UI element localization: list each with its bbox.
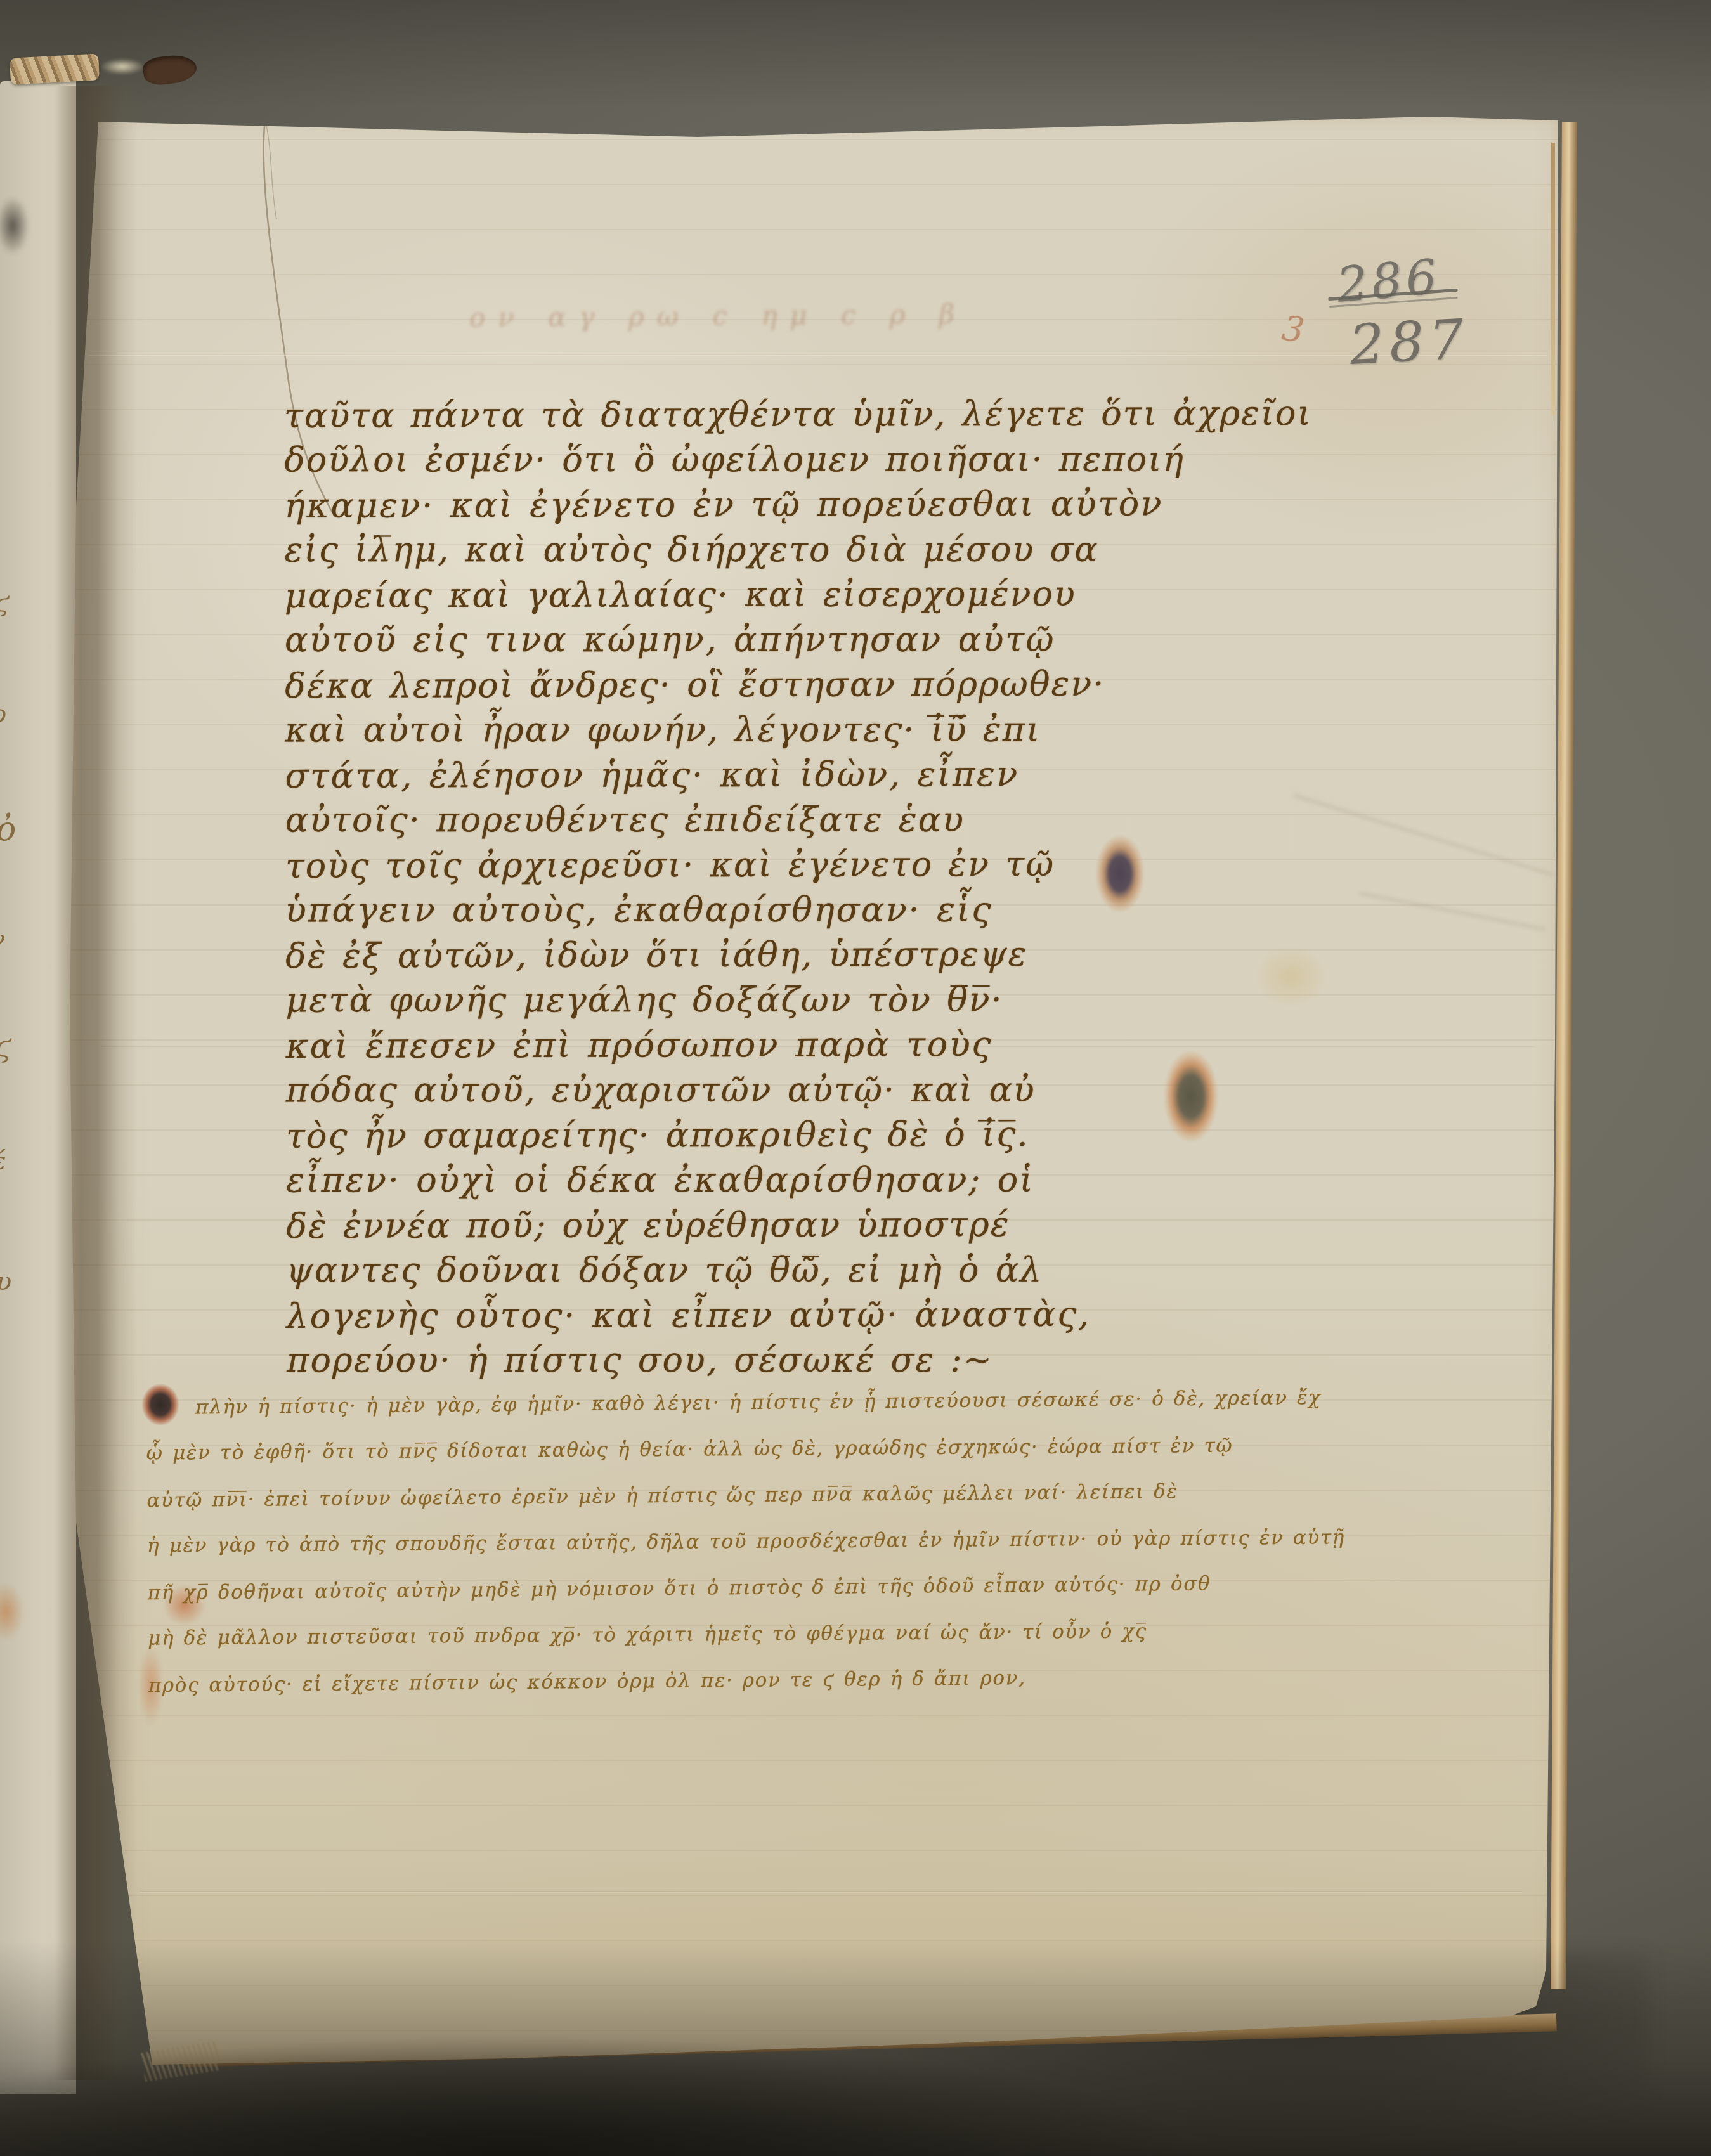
gospel-line: ὑπάγειν αὐτοὺς, ἐκαθαρίσθησαν· εἷς: [285, 887, 1249, 933]
commentary-text-block: πλὴν ἡ πίστις· ἡ μὲν γὰρ, ἐφ ἡμῖν· καθὸ …: [146, 1375, 1341, 1709]
gospel-line: καὶ αὐτοὶ ἦραν φωνήν, λέγοντες· ἰ̅ῦ̅ ἐπι: [285, 707, 1249, 753]
facing-page-sliver: ϛρὀνϛέυ: [0, 81, 76, 2094]
quire-mark: 3: [1279, 308, 1307, 351]
wrinkle: [1358, 892, 1545, 930]
ink-trace: ϛ: [0, 1029, 11, 1063]
gospel-line: αὐτοῖς· πορευθέντες ἐπιδείξατε ἑαυ: [285, 797, 1249, 843]
ink-trace: έ: [0, 1146, 6, 1176]
gospel-line: πόδας αὐτοῦ, εὐχαριστῶν αὐτῷ· καὶ αὐ: [286, 1067, 1250, 1113]
gospel-line: αὐτοῦ εἰς τινα κώμην, ἀπήντησαν αὐτῷ: [285, 617, 1249, 663]
gospel-line: ταῦτα πάντα τὰ διαταχθέντα ὑμῖν, λέγετε …: [284, 391, 1248, 438]
manuscript-photo: { "colors": { "background_gray": "#6e6c6…: [0, 0, 1711, 2156]
ink-trace: ρ: [0, 699, 6, 729]
manuscript-page: ον αγ ρω ϲ ημ ϲ ρ β 3 286 287 ταῦτα πάντ…: [63, 95, 1573, 2080]
endband: [10, 53, 100, 84]
gospel-line: ήκαμεν· καὶ ἐγένετο ἐν τῷ πορεύεσθαι αὐτ…: [284, 481, 1248, 528]
commentary-line: πρὸς αὐτούς· εἰ εἴχετε πίστιν ὡς κόκκον …: [148, 1653, 1341, 1709]
commentary-line: ἡ μὲν γὰρ τὸ ἀπὸ τῆς σπουδῆς ἔσται αὐτῆς…: [147, 1514, 1339, 1569]
gospel-line: τὸς ἦν σαμαρείτης· ἀποκριθεὶς δὲ ὁ ἰ̅ς̅.: [286, 1111, 1250, 1159]
fold-crease: [140, 1891, 1522, 1893]
graphite-smudge: [0, 197, 29, 255]
endband-tuft: [100, 58, 145, 75]
gospel-line: δὲ ἐξ αὐτῶν, ἰδὼν ὅτι ἰάθη, ὑπέστρεψε: [285, 931, 1249, 978]
gospel-line: καὶ ἔπεσεν ἐπὶ πρόσωπον παρὰ τοὺς: [286, 1021, 1250, 1068]
ink-trace: υ: [0, 1267, 11, 1296]
ink-trace: ϛ: [0, 588, 9, 618]
faded-rubric: ον αγ ρω ϲ ημ ϲ ρ β: [469, 297, 1256, 343]
gospel-line: ψαντες δοῦναι δόξαν τῷ θ̅ῶ̅, εἰ μὴ ὁ ἀλ: [287, 1247, 1251, 1293]
gospel-line: λογενὴς οὗτος· καὶ εἶπεν αὐτῷ· ἀναστὰς,: [287, 1291, 1251, 1339]
gospel-line: μετὰ φωνῆς μεγάλης δοξάζων τὸν θ̅ν̅·: [285, 977, 1249, 1023]
gospel-text-block: ταῦτα πάντα τὰ διαταχθέντα ὑμῖν, λέγετε …: [284, 391, 1251, 1384]
orange-stain: [0, 1583, 24, 1641]
leaf-edge-line: [1551, 143, 1555, 415]
commentary-line: μὴ δὲ μᾶλλον πιστεῦσαι τοῦ πνδρα χρ̅· τὸ…: [148, 1607, 1340, 1661]
gospel-line: δοῦλοι ἐσμέν· ὅτι ὃ ὠφείλομεν ποιῆσαι· π…: [284, 437, 1248, 483]
gospel-line: τοὺς τοῖς ἀρχιερεῦσι· καὶ ἐγένετο ἐν τῷ: [285, 841, 1249, 888]
ink-trace: ὀ: [0, 810, 16, 848]
gospel-line: δὲ ἐννέα ποῦ; οὐχ εὑρέθησαν ὑποστρέ: [286, 1201, 1250, 1249]
ink-trace: ν: [0, 925, 5, 954]
gospel-line: πορεύου· ἡ πίστις σου, σέσωκέ σε :~: [287, 1337, 1251, 1383]
folio-number-struck: 286: [1334, 248, 1442, 313]
gospel-line: στάτα, ἐλέησον ἡμᾶς· καὶ ἰδὼν, εἶπεν: [285, 751, 1249, 798]
commentary-line: ᾧ μὲν τὸ ἐφθῆ· ὅτι τὸ πν̅ς̅ δίδοται καθὼ…: [146, 1422, 1338, 1476]
gospel-line: εἰς ἰλ̅ημ, καὶ αὐτὸς διήρχετο διὰ μέσου …: [285, 527, 1249, 573]
gospel-line: εἶπεν· οὐχὶ οἱ δέκα ἐκαθαρίσθησαν; οἱ: [286, 1157, 1250, 1203]
folio-number: 287: [1348, 308, 1471, 377]
fold-crease: [89, 354, 1547, 356]
gospel-line: δέκα λεπροὶ ἄνδρες· οἳ ἔστησαν πόρρωθεν·: [285, 661, 1249, 708]
wrinkle: [1293, 794, 1554, 876]
gospel-line: μαρείας καὶ γαλιλαίας· καὶ εἰσερχομένου: [285, 571, 1249, 618]
faint-stain: [1254, 945, 1327, 1008]
